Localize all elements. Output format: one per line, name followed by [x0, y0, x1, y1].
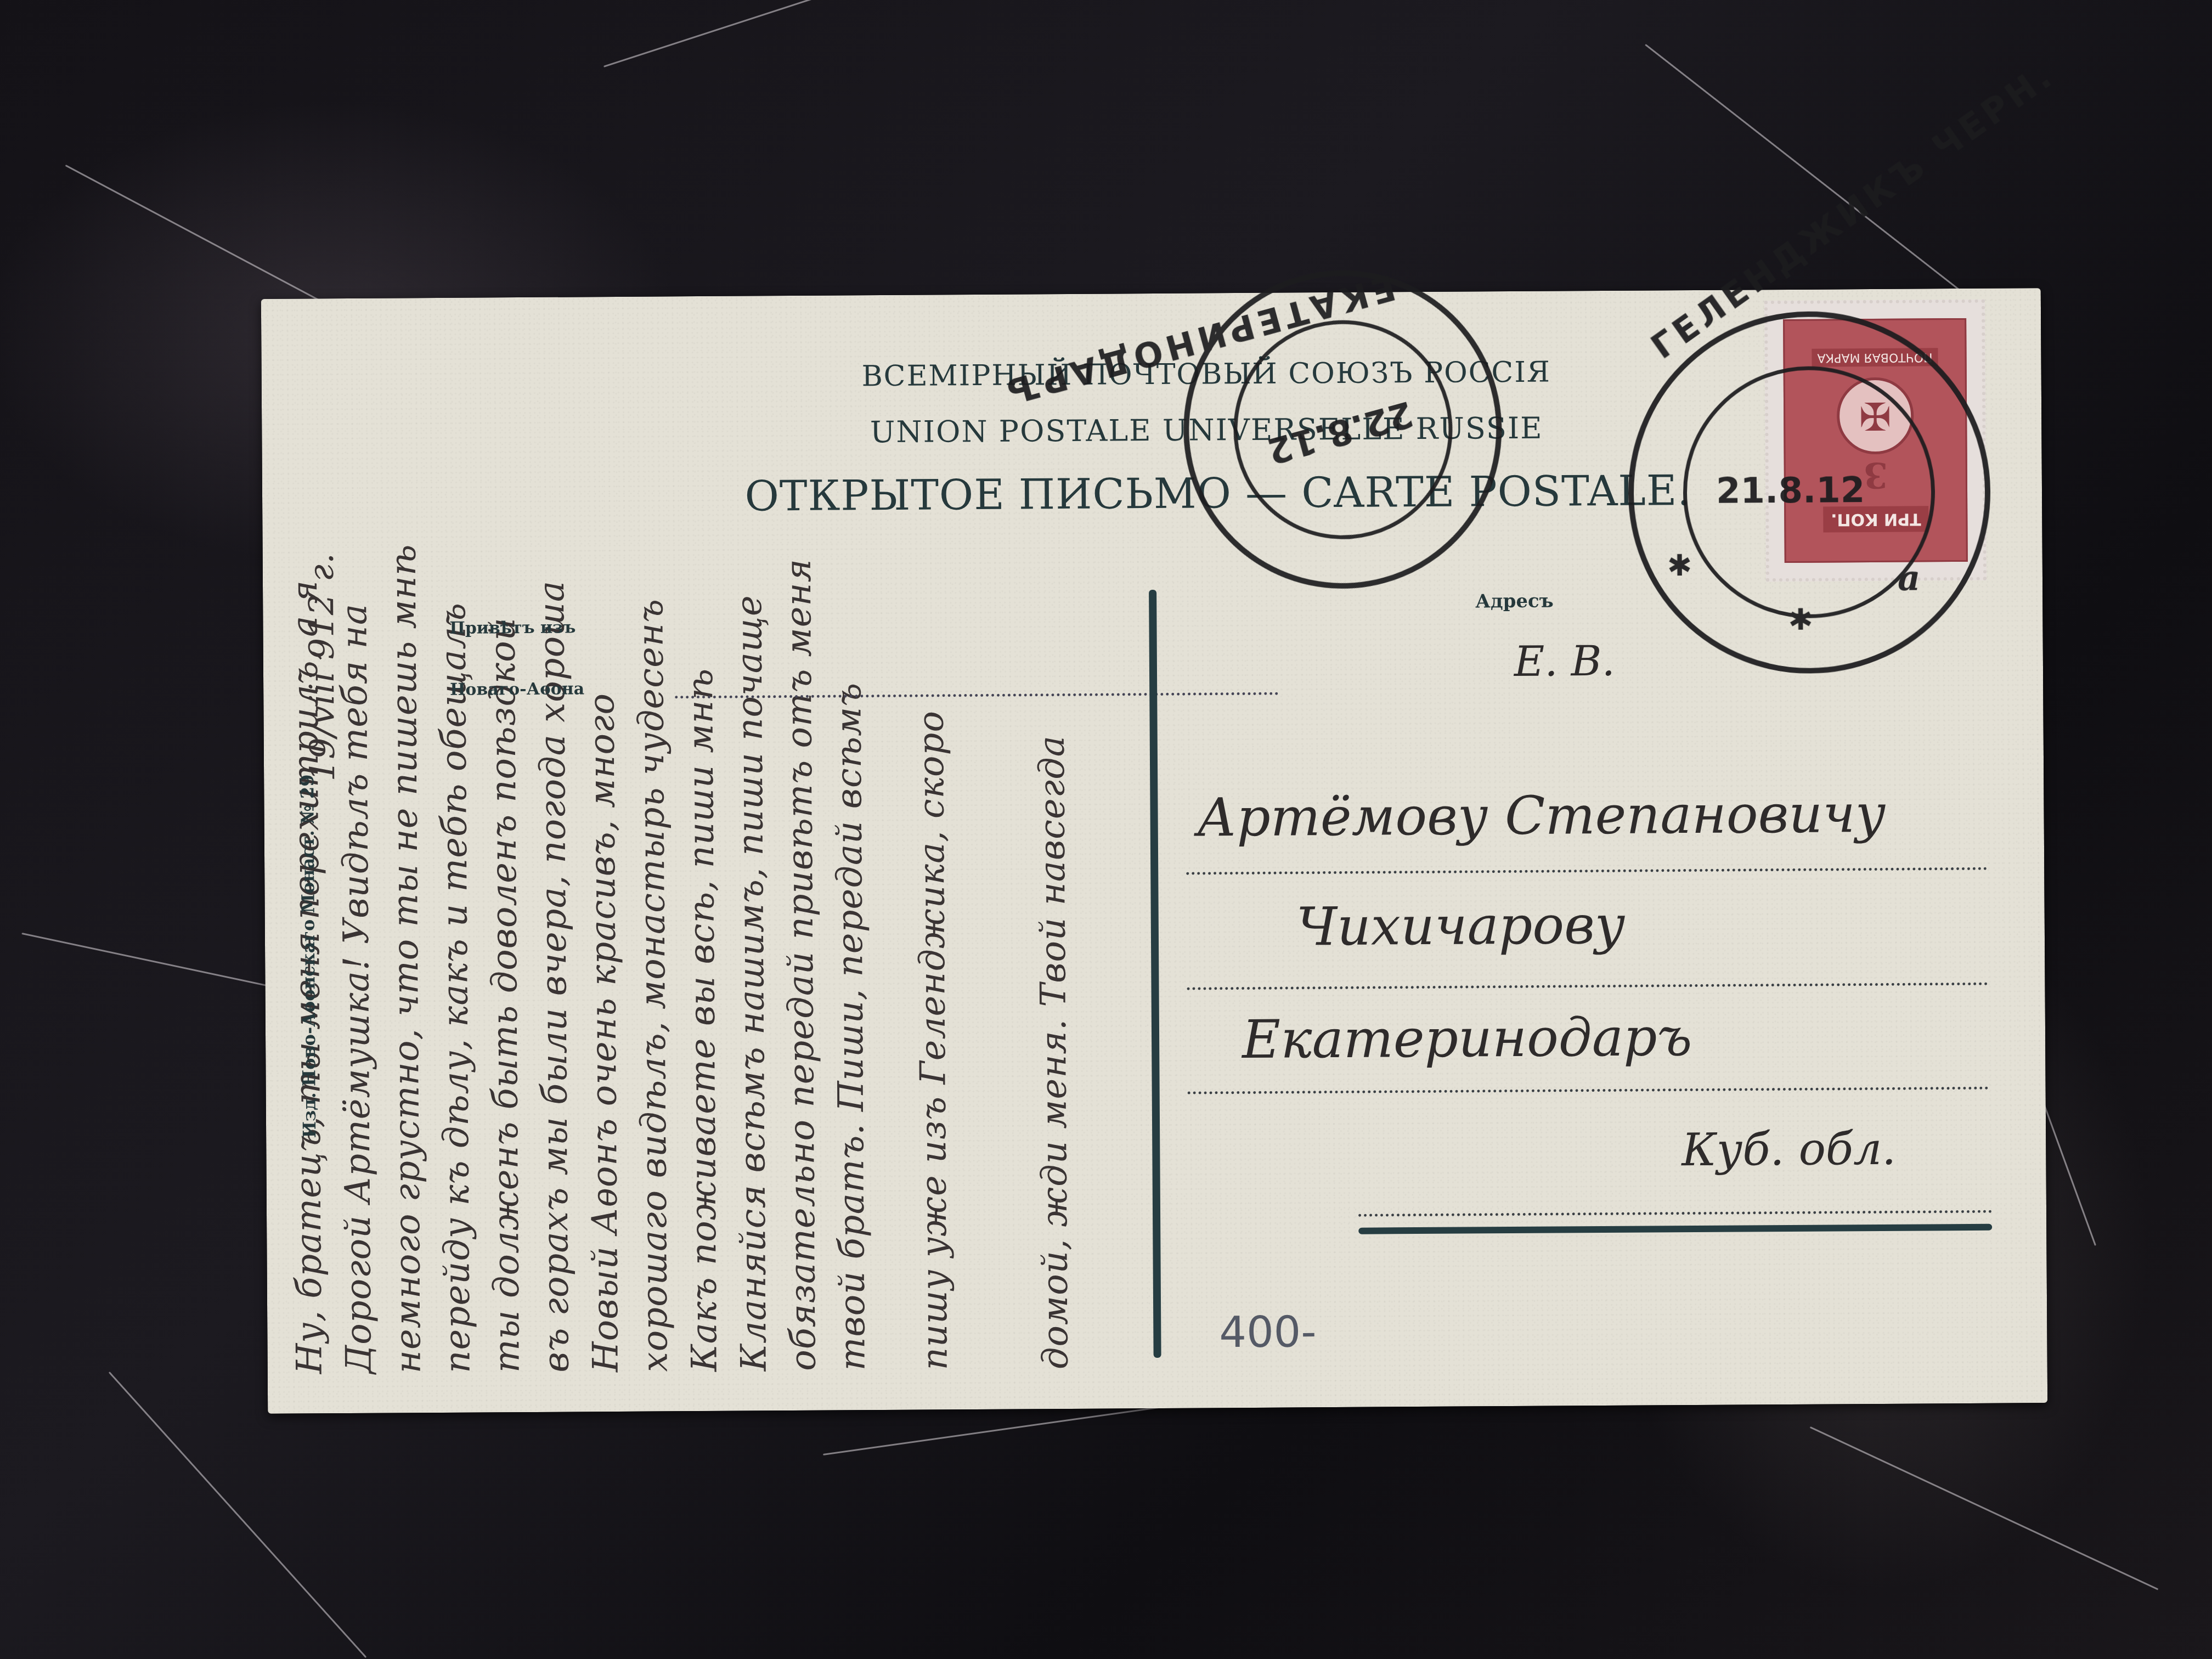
letter-line: въ горахъ мы были вчера, погода хороша: [532, 580, 577, 1373]
postmark-star-icon: ✱: [1788, 602, 1813, 637]
address-dotted-line: [1186, 867, 1987, 875]
address-dotted-line: [1188, 1087, 1989, 1094]
letter-line: хорошаго видѣлъ, монастырь чудесенъ: [630, 599, 676, 1372]
postmark-date: 21.8.12: [1716, 470, 1865, 512]
address-dotted-line: [1358, 1210, 1992, 1217]
address-solid-line: [1358, 1224, 1992, 1234]
letter-line: домой, жди меня. Твой навсегда: [1032, 735, 1076, 1369]
arrival-postmark: ЕКАТЕРИНОДАРЪ 22.8.12: [1147, 234, 1538, 625]
address-line-3: Екатеринодаръ: [1242, 1006, 1692, 1070]
address-initials: Е. В.: [1514, 636, 1615, 686]
greeting-label: Привѣтъ изъ: [449, 618, 575, 637]
postcard: ВСЕМІРНЫЙ ПОЧТОВЫЙ СОЮЗЪ РОССІЯ UNION PO…: [261, 288, 2047, 1414]
vertical-divider: [1149, 590, 1161, 1358]
address-line-4: Куб. обл.: [1681, 1123, 1896, 1176]
letter-line: Какъ поживаете вы всѣ, пиши мнѣ: [680, 668, 725, 1372]
letter-line: обязательно передай привѣтъ отъ меня: [778, 558, 824, 1371]
letter-line: немного грустно, что ты не пишешь мнѣ: [383, 544, 429, 1373]
letter-line: ты долженъ быть доволенъ поѣздкой: [482, 617, 527, 1373]
address-label: Адресъ: [1475, 590, 1554, 613]
letter-line: Кланяйся всѣмъ нашимъ, пиши почаще: [729, 595, 775, 1372]
letter-line: Дорогой Артёмушка! Увидѣлъ тебя на: [334, 603, 380, 1374]
address-line-1: Артёмову Степановичу: [1197, 783, 1886, 849]
postmark-series-letter: а: [1898, 557, 1921, 599]
letter-line: Новый Аѳонъ очень красивъ, много: [582, 693, 627, 1372]
price-mark: 400-: [1219, 1307, 1317, 1357]
postmark-ring-text: ГЕЛЕНДЖИКЪ ЧЕРН.: [1644, 54, 2062, 367]
departure-postmark: ГЕЛЕНДЖИКЪ ЧЕРН. 21.8.12 а ✱ ✱: [1627, 311, 1991, 675]
greeting-place: Новаго-Аѳона: [450, 679, 584, 699]
address-line-2: Чихичарову: [1296, 894, 1626, 958]
publisher-imprint: Изд. Ново-Аѳонскаго Монаст. № 29: [297, 775, 320, 1138]
postmark-star-icon: ✱: [1667, 548, 1692, 583]
letter-line: твой братъ. Пиши, передай всѣмъ: [828, 682, 873, 1371]
letter-line: перейду къ дѣлу, какъ и тебѣ обещалъ: [433, 602, 478, 1373]
address-dotted-line: [1187, 983, 1988, 990]
letter-line: пишу уже изъ Геленджика, скоро: [911, 710, 955, 1370]
